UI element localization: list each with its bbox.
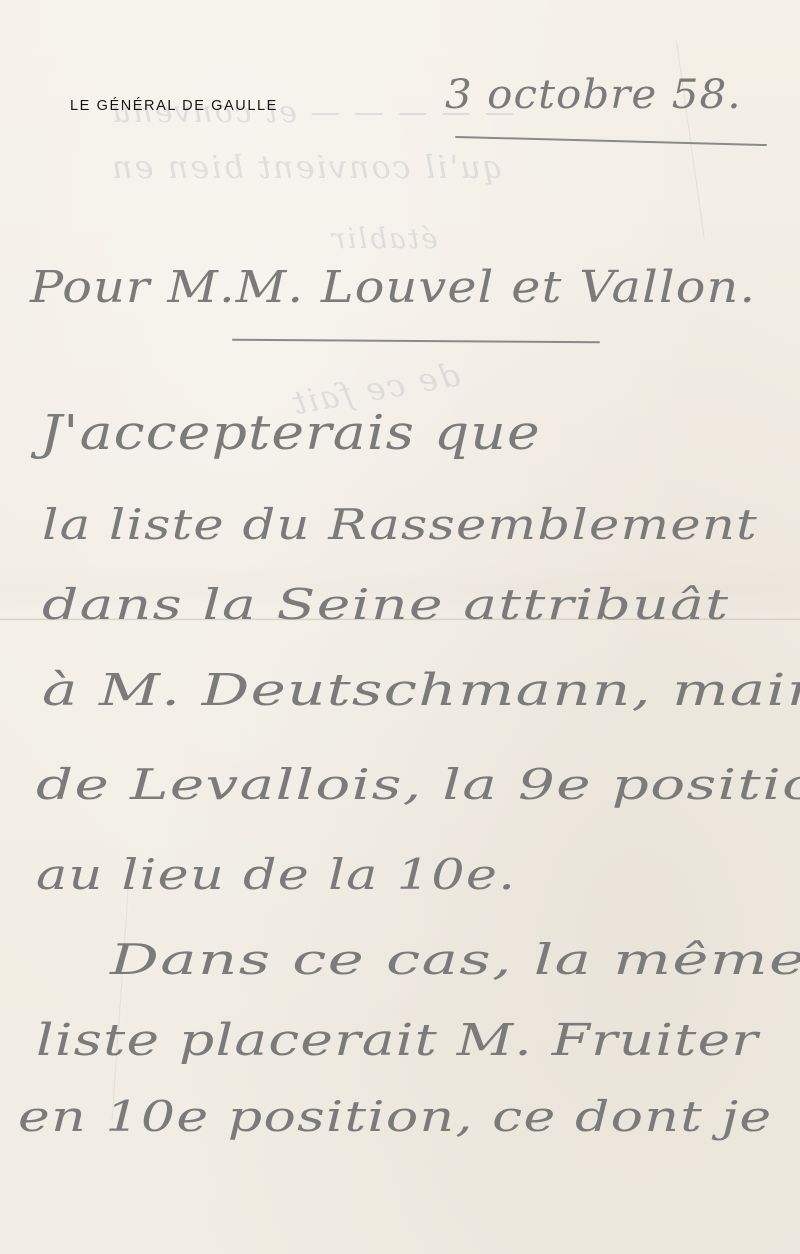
body-line: à M. Deutschmann, maire (42, 665, 800, 716)
body-line: Dans ce cas, la même (110, 935, 800, 984)
body-line: en 10e position, ce dont je (18, 1092, 773, 1141)
letter-page: — — — — — et convenu qu'il convient bien… (0, 0, 800, 1254)
paper-crease (676, 41, 706, 239)
letter-date: 3 octobre 58. (445, 72, 742, 118)
letter-addressee: Pour M.M. Louvel et Vallon. (30, 262, 756, 313)
body-line: de Levallois, la 9e position (36, 760, 800, 809)
paper-crease (112, 880, 131, 1120)
bleed-through-text: établir (330, 222, 438, 255)
addressee-underline (232, 339, 600, 344)
body-line: liste placerait M. Fruiter (36, 1015, 759, 1066)
body-line: au lieu de la 10e. (36, 850, 516, 899)
body-line: dans la Seine attribuât (42, 580, 729, 629)
body-line: J'accepterais que (40, 405, 541, 461)
bleed-through-text: qu'il convient bien en (110, 148, 503, 186)
date-underline (455, 136, 767, 146)
letterhead: LE GÉNÉRAL DE GAULLE (70, 98, 278, 114)
body-line: la liste du Rassemblement (42, 500, 758, 549)
